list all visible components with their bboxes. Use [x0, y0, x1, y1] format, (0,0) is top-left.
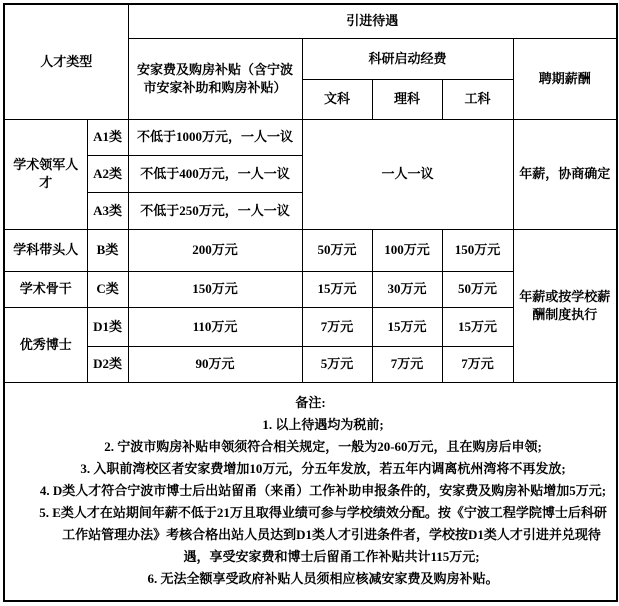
- cell-li-d1: 15万元: [372, 307, 442, 346]
- cell-wen-b: 50万元: [302, 229, 372, 271]
- cell-wen-d2: 5万元: [302, 346, 372, 382]
- cell-gong-d2: 7万元: [442, 346, 513, 382]
- cell-category-excellent-phd: 优秀博士: [4, 307, 87, 382]
- cell-settling-d1: 110万元: [128, 307, 302, 346]
- header-liberal-arts: 文科: [302, 79, 372, 119]
- note-item: 6. 无法全额享受政府补贴人员须相应核减安家费及购房补贴。: [50, 568, 613, 590]
- cell-gong-c: 50万元: [442, 271, 513, 307]
- header-talent-type: 人才类型: [4, 4, 128, 119]
- cell-settling-b: 200万元: [128, 229, 302, 271]
- cell-class-a1: A1类: [87, 119, 128, 155]
- header-employment-salary: 聘期薪酬: [513, 38, 617, 119]
- header-research-startup-fund: 科研启动经费: [302, 38, 513, 79]
- cell-settling-c: 150万元: [128, 271, 302, 307]
- cell-salary-a-group: 年薪，协商确定: [513, 119, 617, 229]
- note-item: 3. 入职前湾校区者安家费增加10万元，分五年发放，若五年内调离杭州湾将不再发放…: [50, 458, 613, 480]
- cell-salary-bcd-group: 年薪或按学校薪酬制度执行: [513, 229, 617, 382]
- cell-class-c: C类: [87, 271, 128, 307]
- talent-benefits-table: 人才类型 引进待遇 安家费及购房补贴（含宁波市安家补助和购房补贴） 科研启动经费…: [3, 3, 618, 602]
- cell-gong-b: 150万元: [442, 229, 513, 271]
- cell-class-d1: D1类: [87, 307, 128, 346]
- cell-settling-a3: 不低于250万元，一人一议: [128, 192, 302, 229]
- cell-class-d2: D2类: [87, 346, 128, 382]
- cell-li-b: 100万元: [372, 229, 442, 271]
- notes-section: 备注: 1. 以上待遇均为税前; 2. 宁波市购房补贴申领须符合相关规定，一般为…: [4, 382, 617, 601]
- cell-li-d2: 7万元: [372, 346, 442, 382]
- cell-settling-a2: 不低于400万元，一人一议: [128, 155, 302, 192]
- note-item: 2. 宁波市购房补贴申领须符合相关规定，一般为20-60万元，且在购房后申领;: [50, 436, 613, 458]
- cell-class-a2: A2类: [87, 155, 128, 192]
- cell-gong-d1: 15万元: [442, 307, 513, 346]
- note-item: 5. E类人才在站期间年薪不低于21万且取得业绩可参与学校绩效分配。按《宁波工程…: [50, 502, 613, 568]
- cell-settling-a1: 不低于1000万元，一人一议: [128, 119, 302, 155]
- header-settling-allowance: 安家费及购房补贴（含宁波市安家补助和购房补贴）: [128, 38, 302, 119]
- page: 人才类型 引进待遇 安家费及购房补贴（含宁波市安家补助和购房补贴） 科研启动经费…: [0, 0, 619, 606]
- header-engineering: 工科: [442, 79, 513, 119]
- cell-settling-d2: 90万元: [128, 346, 302, 382]
- cell-class-b: B类: [87, 229, 128, 271]
- header-science: 理科: [372, 79, 442, 119]
- cell-li-c: 30万元: [372, 271, 442, 307]
- note-item: 1. 以上待遇均为税前;: [50, 414, 613, 436]
- note-item: 4. D类人才符合宁波市博士后出站留甬（来甬）工作补助申报条件的，安家费及购房补…: [50, 480, 613, 502]
- notes-list: 1. 以上待遇均为税前; 2. 宁波市购房补贴申领须符合相关规定，一般为20-6…: [8, 414, 613, 590]
- cell-category-academic-leader: 学术领军人才: [4, 119, 87, 229]
- cell-wen-c: 15万元: [302, 271, 372, 307]
- header-intro-benefits: 引进待遇: [128, 4, 617, 38]
- cell-category-discipline-head: 学科带头人: [4, 229, 87, 271]
- cell-class-a3: A3类: [87, 192, 128, 229]
- cell-category-academic-backbone: 学术骨干: [4, 271, 87, 307]
- cell-wen-d1: 7万元: [302, 307, 372, 346]
- notes-label: 备注:: [8, 392, 613, 414]
- cell-research-a-group: 一人一议: [302, 119, 513, 229]
